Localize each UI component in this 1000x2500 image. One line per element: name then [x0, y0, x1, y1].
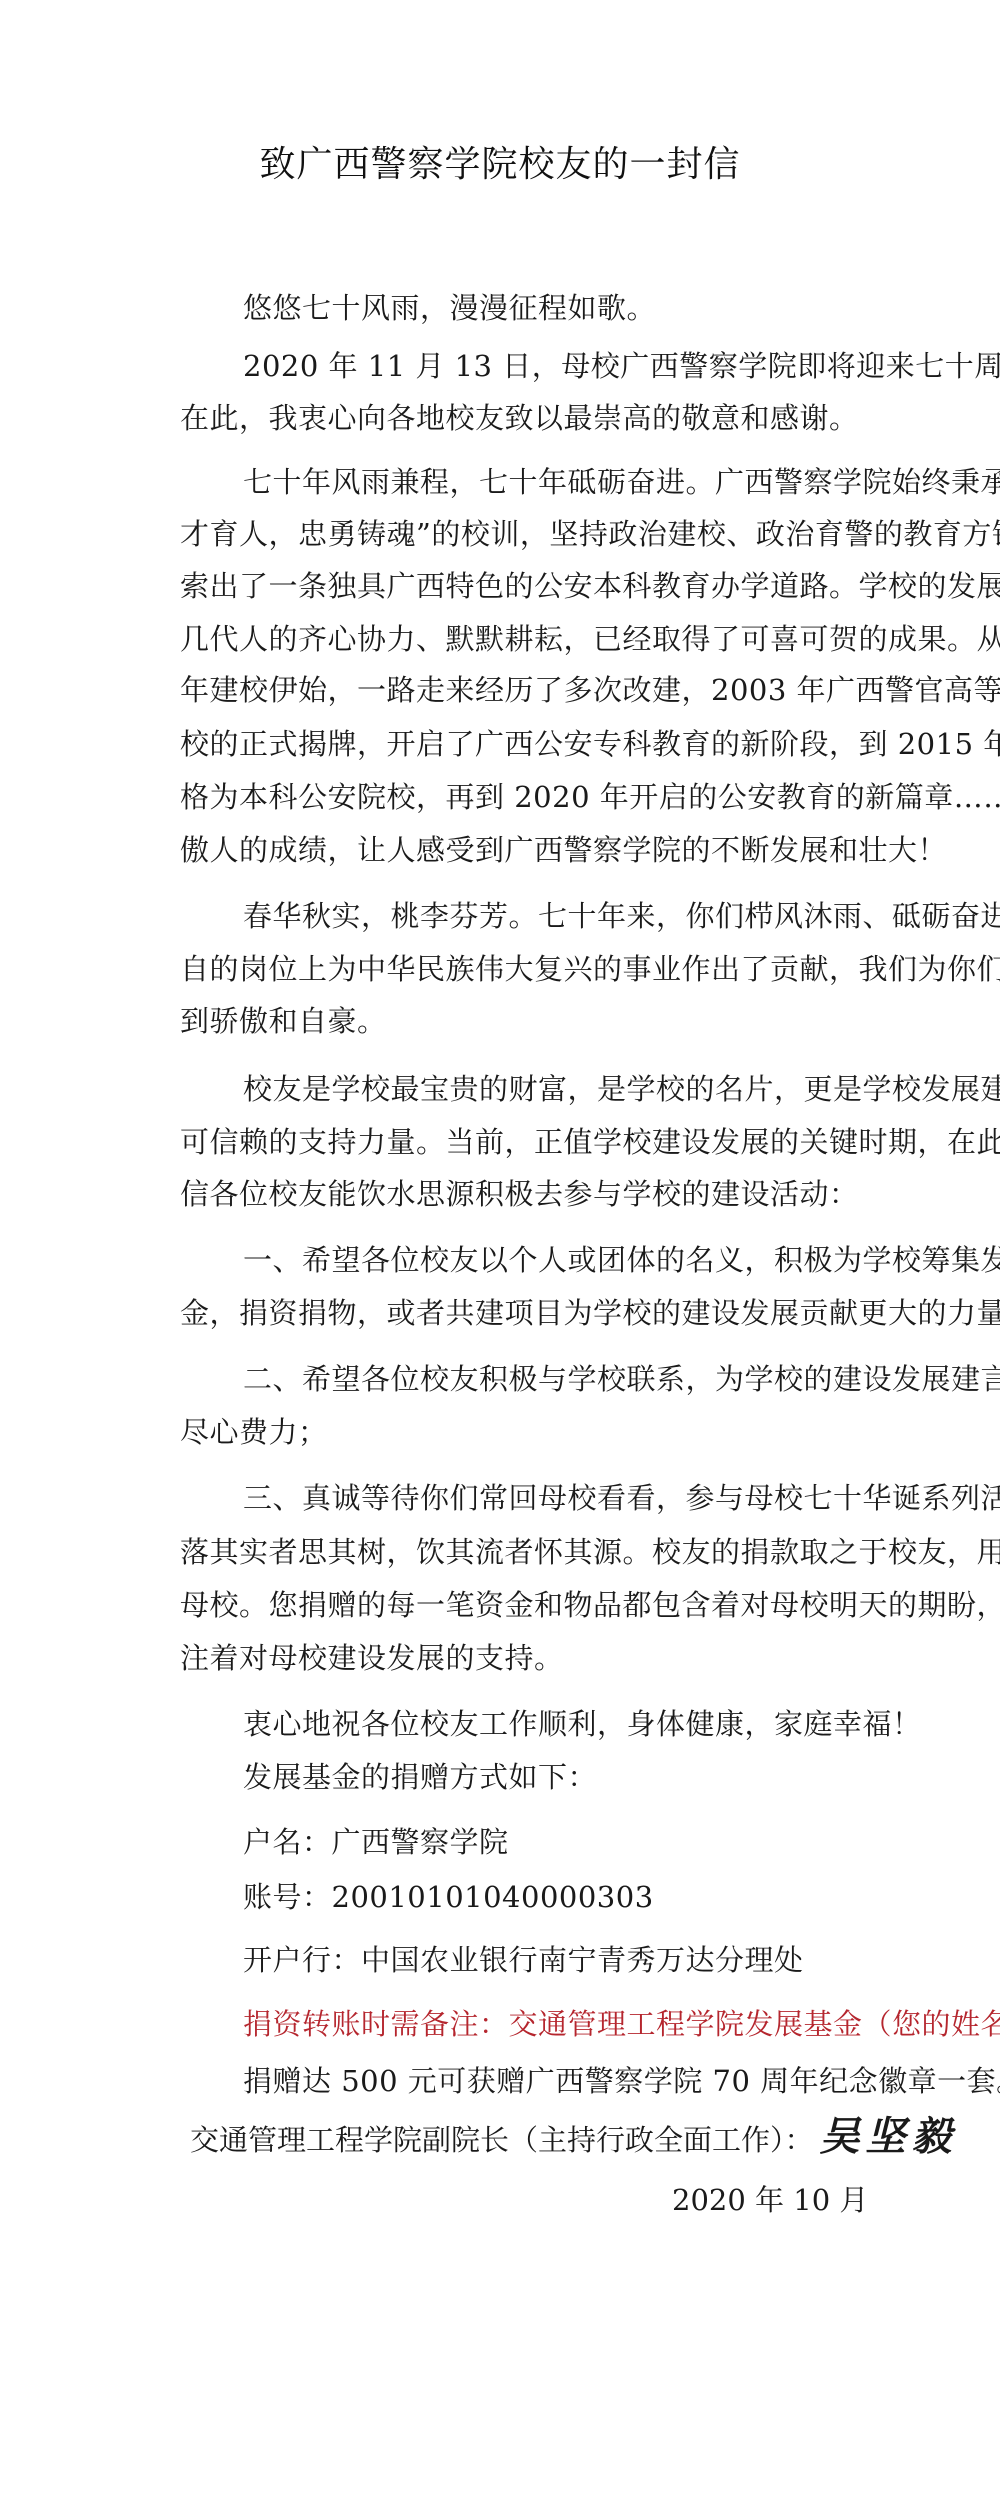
body-line: 落其实者思其树，饮其流者怀其源。校友的捐款取之于校友，用之于	[180, 1532, 1000, 1572]
body-line: 悠悠七十风雨，漫漫征程如歌。	[243, 288, 656, 328]
body-line: 索出了一条独具广西特色的公安本科教育办学道路。学校的发展经过	[180, 566, 1000, 606]
body-line: 可信赖的支持力量。当前，正值学校建设发展的关键时期，在此我相	[180, 1122, 1000, 1162]
body-line: 校的正式揭牌，开启了广西公安专科教育的新阶段，到 2015 年成功升	[180, 724, 1000, 764]
body-line: 尽心费力；	[180, 1412, 328, 1452]
body-line: 傲人的成绩，让人感受到广西警察学院的不断发展和壮大！	[180, 830, 947, 870]
signature-name: 吴坚毅	[820, 2113, 958, 2160]
body-line: 母校。您捐赠的每一笔资金和物品都包含着对母校明天的期盼，都倾	[180, 1585, 1000, 1625]
body-line: 校友是学校最宝贵的财富，是学校的名片，更是学校发展建设最	[243, 1069, 1000, 1109]
body-line: 春华秋实，桃李芬芳。七十年来，你们栉风沐雨、砥砺奋进，在各	[243, 896, 1000, 936]
donation-account-name: 户名：广西警察学院	[243, 1822, 509, 1862]
body-line: 发展基金的捐赠方式如下：	[243, 1757, 597, 1797]
signature-title: 交通管理工程学院副院长（主持行政全面工作）：	[190, 2123, 814, 2157]
body-line: 二、希望各位校友积极与学校联系，为学校的建设发展建言献策，	[243, 1359, 1000, 1399]
donation-account-number: 账号：20010101040000303	[243, 1877, 654, 1917]
signature-line: 交通管理工程学院副院长（主持行政全面工作）：吴坚毅	[190, 2117, 958, 2160]
body-line: 在此，我衷心向各地校友致以最崇高的敬意和感谢。	[180, 398, 859, 438]
body-line: 几代人的齐心协力、默默耕耘，已经取得了可喜可贺的成果。从 1950	[180, 619, 1000, 659]
body-line: 信各位校友能饮水思源积极去参与学校的建设活动：	[180, 1174, 859, 1214]
body-line: 格为本科公安院校，再到 2020 年开启的公安教育的新篇章……这无数	[180, 777, 1000, 817]
body-line: 一、希望各位校友以个人或团体的名义，积极为学校筹集发展基	[243, 1240, 1000, 1280]
body-line: 三、真诚等待你们常回母校看看，参与母校七十华诞系列活动。	[243, 1478, 1000, 1518]
body-line: 金，捐资捐物，或者共建项目为学校的建设发展贡献更大的力量；	[180, 1293, 1000, 1333]
donation-bank: 开户行：中国农业银行南宁青秀万达分理处	[243, 1940, 804, 1980]
body-line: 2020 年 11 月 13 日，母校广西警察学院即将迎来七十周年华诞。	[243, 346, 1000, 386]
body-line: 才育人，忠勇铸魂”的校训，坚持政治建校、政治育警的教育方针，探	[180, 514, 1000, 554]
body-line: 注着对母校建设发展的支持。	[180, 1638, 564, 1678]
body-line: 年建校伊始，一路走来经历了多次改建，2003 年广西警官高等专科学	[180, 670, 1000, 710]
letter-title: 致广西警察学院校友的一封信	[0, 136, 1000, 187]
body-line: 自的岗位上为中华民族伟大复兴的事业作出了贡献，我们为你们而感	[180, 949, 1000, 989]
body-line: 衷心地祝各位校友工作顺利，身体健康，家庭幸福！	[243, 1704, 922, 1744]
body-line: 七十年风雨兼程，七十年砥砺奋进。广西警察学院始终秉承“德	[243, 462, 1000, 502]
donation-remark-note: 捐资转账时需备注：交通管理工程学院发展基金（您的姓名、电话）	[243, 2004, 1000, 2044]
body-line: 到骄傲和自豪。	[180, 1001, 387, 1041]
donation-reward: 捐赠达 500 元可获赠广西警察学院 70 周年纪念徽章一套。	[243, 2061, 1000, 2101]
letter-date: 2020 年 10 月	[672, 2180, 868, 2220]
